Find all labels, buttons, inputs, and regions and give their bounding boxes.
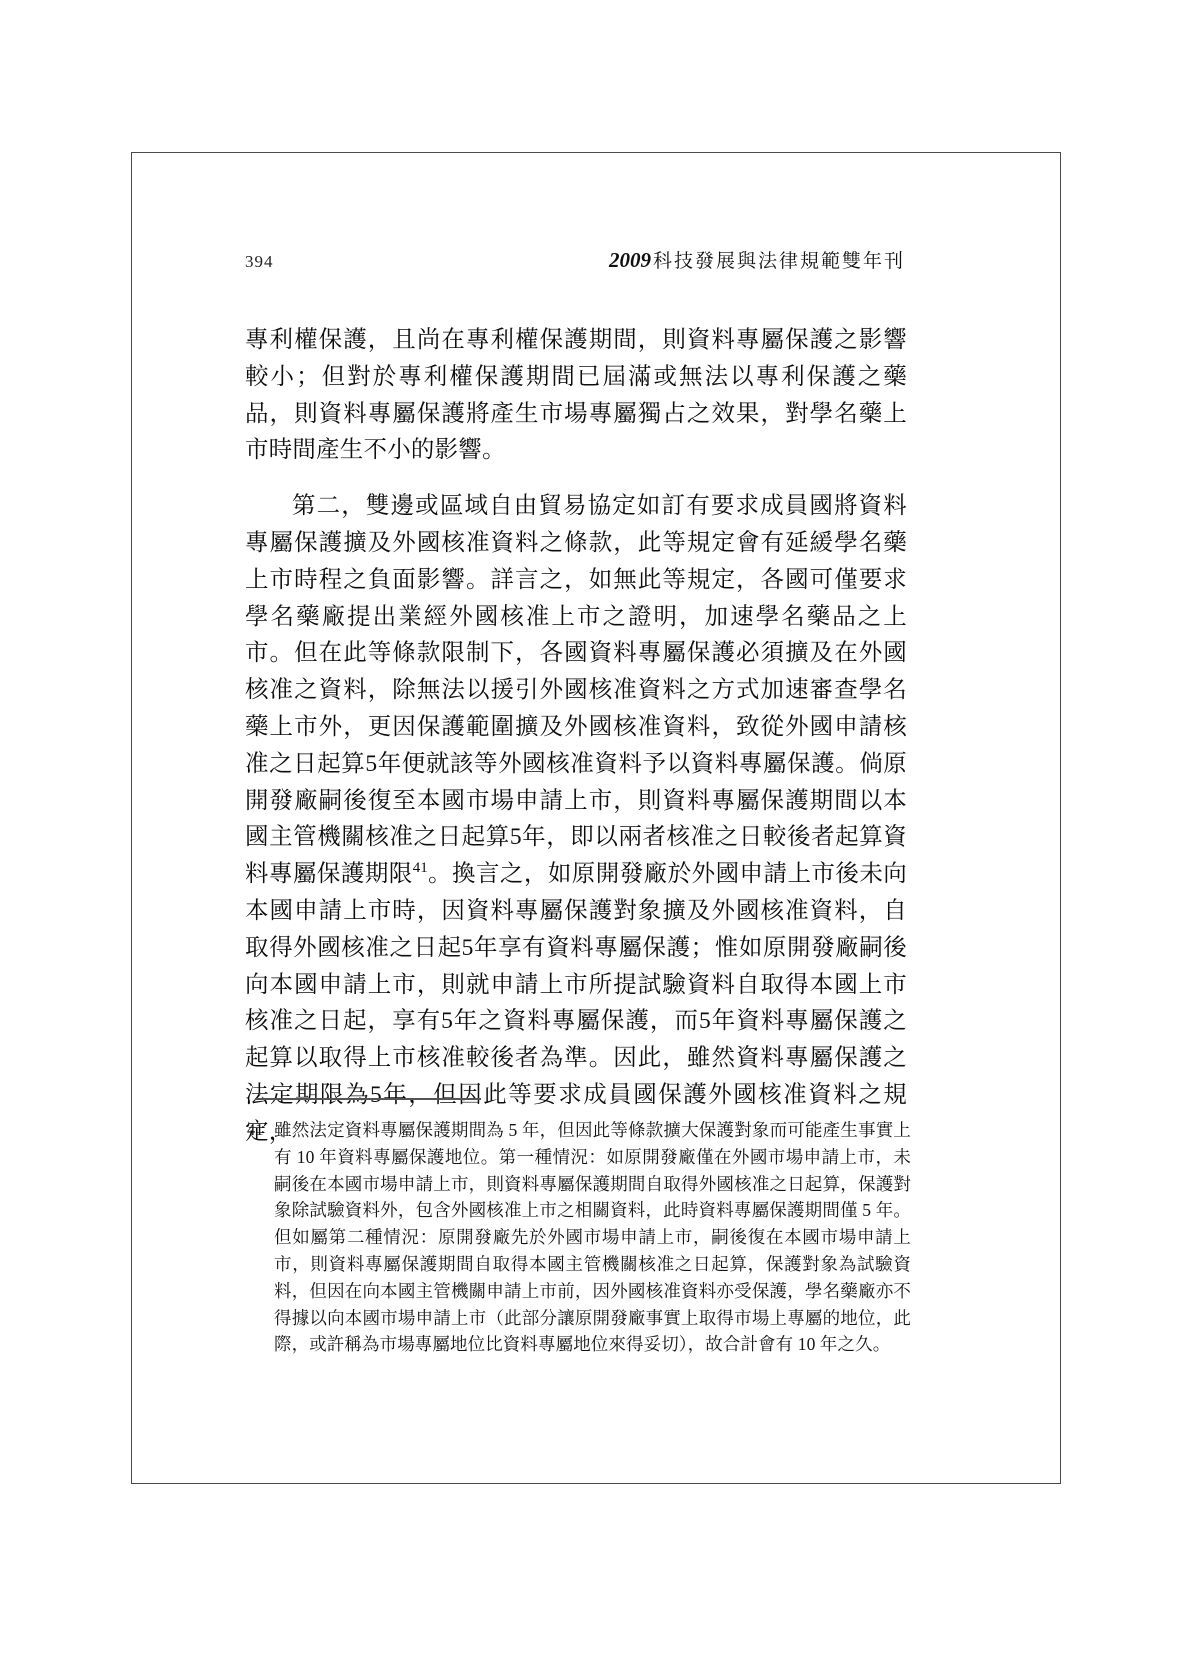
journal-page: 394 2009科技發展與法律規範雙年刊 專利權保護，且尚在專利權保護期間，則資… — [0, 0, 1177, 1664]
paragraph-2-text-before-ref: 第二，雙邊或區域自由貿易協定如訂有要求成員國將資料專屬保護擴及外國核准資料之條款… — [245, 493, 907, 887]
page-header: 394 2009科技發展與法律規範雙年刊 — [245, 246, 905, 273]
body-text: 專利權保護，且尚在專利權保護期間，則資料專屬保護之影響較小；但對於專利權保護期間… — [245, 322, 907, 1151]
footnote-separator-rule — [255, 1098, 481, 1100]
journal-title: 2009科技發展與法律規範雙年刊 — [609, 246, 905, 273]
footnote-41: 41 雖然法定資料專屬保護期間為 5 年，但因此等條款擴大保護對象而可能產生事實… — [247, 1117, 911, 1358]
journal-year: 2009 — [609, 248, 651, 272]
page-number: 394 — [245, 252, 274, 272]
paragraph-2: 第二，雙邊或區域自由貿易協定如訂有要求成員國將資料專屬保護擴及外國核准資料之條款… — [245, 488, 907, 1150]
footnote-reference: 41 — [413, 860, 428, 876]
footnote-marker: 41 — [247, 1117, 274, 1144]
journal-title-text: 科技發展與法律規範雙年刊 — [653, 251, 905, 272]
paragraph-1: 專利權保護，且尚在專利權保護期間，則資料專屬保護之影響較小；但對於專利權保護期間… — [245, 322, 907, 469]
footnote-text: 雖然法定資料專屬保護期間為 5 年，但因此等條款擴大保護對象而可能產生事實上有 … — [274, 1117, 911, 1358]
paragraph-2-text-after-ref: 。換言之，如原開發廠於外國申請上市後未向本國申請上市時，因資料專屬保護對象擴及外… — [245, 861, 907, 1145]
